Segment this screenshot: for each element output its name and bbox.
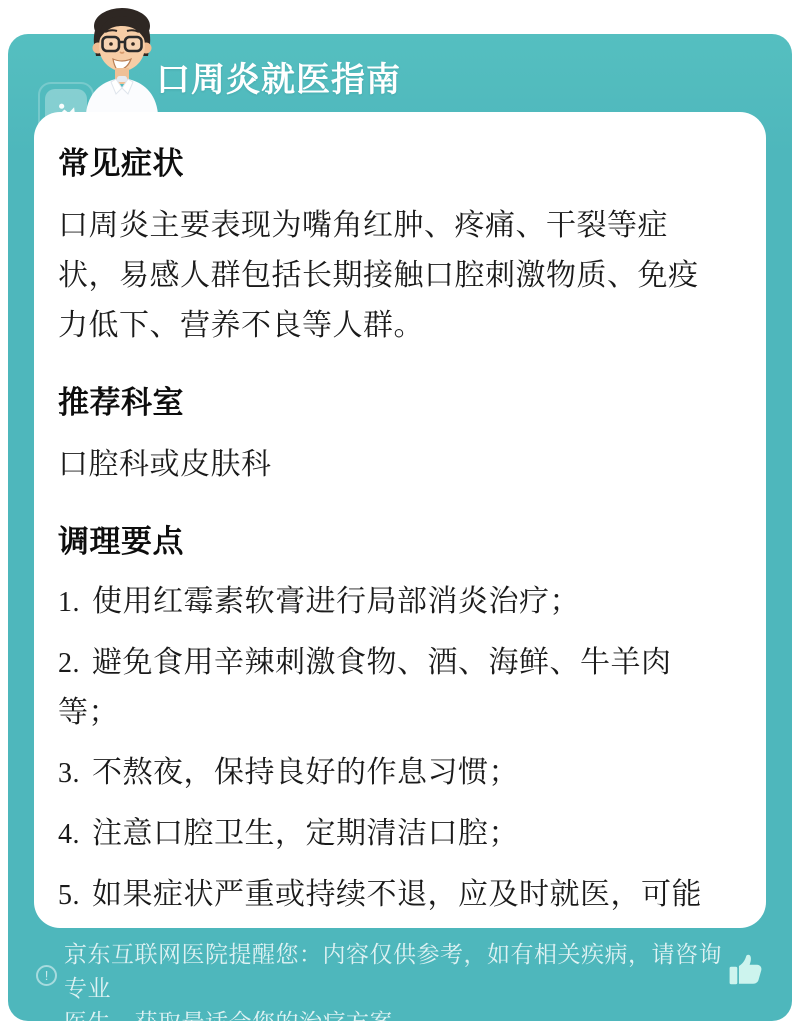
department-paragraph: 口腔科或皮肤科 [58, 440, 730, 490]
footer-disclaimer-bar: ! 京东互联网医院提醒您：内容仅供参考，如有相关疾病，请咨询专业 医生，获取最适… [8, 928, 792, 1021]
section-heading-symptoms: 常见症状 [58, 138, 730, 183]
disclaimer-text: 京东互联网医院提醒您：内容仅供参考，如有相关疾病，请咨询专业 医生，获取最适合您… [64, 937, 736, 1033]
section-heading-department: 推荐科室 [58, 377, 730, 422]
list-item-number: 2. [58, 648, 80, 679]
thumbs-up-icon[interactable] [722, 948, 768, 994]
list-item-text: 不熬夜，保持良好的作息习惯； [92, 756, 519, 789]
list-item-number: 3. [58, 758, 80, 789]
list-item-number: 1. [58, 587, 80, 618]
list-item-text: 注意口腔卫生，定期清洁口腔； [92, 817, 519, 850]
care-points-list: 1.使用红霉素软膏进行局部消炎治疗； 2.避免食用辛辣刺激食物、酒、海鲜、牛羊肉… [58, 577, 730, 928]
alert-circle-icon: ! [36, 965, 57, 986]
symptoms-paragraph: 口周炎主要表现为嘴角红肿、疼痛、干裂等症 状，易感人群包括长期接触口腔刺激物质、… [58, 201, 730, 351]
content-card: 常见症状 口周炎主要表现为嘴角红肿、疼痛、干裂等症 状，易感人群包括长期接触口腔… [34, 112, 766, 928]
list-item-number: 5. [58, 880, 80, 911]
page-title: 口周炎就医指南 [156, 52, 401, 101]
list-item: 3.不熬夜，保持良好的作息习惯； [58, 748, 730, 798]
list-item-text: 避免食用辛辣刺激食物、酒、海鲜、牛羊肉 等； [58, 646, 672, 729]
list-item: 1.使用红霉素软膏进行局部消炎治疗； [58, 577, 730, 627]
list-item-text: 使用红霉素软膏进行局部消炎治疗； [92, 585, 580, 618]
list-item-number: 4. [58, 819, 80, 850]
list-item-text: 如果症状严重或持续不退，应及时就医，可能 需要口服抗生素或其他治疗方法。 [58, 878, 702, 928]
list-item: 5.如果症状严重或持续不退，应及时就医，可能 需要口服抗生素或其他治疗方法。 [58, 870, 730, 928]
list-item: 4.注意口腔卫生，定期清洁口腔； [58, 809, 730, 859]
doctor-avatar [70, 4, 174, 114]
list-item: 2.避免食用辛辣刺激食物、酒、海鲜、牛羊肉 等； [58, 638, 730, 737]
section-heading-care: 调理要点 [58, 516, 730, 561]
